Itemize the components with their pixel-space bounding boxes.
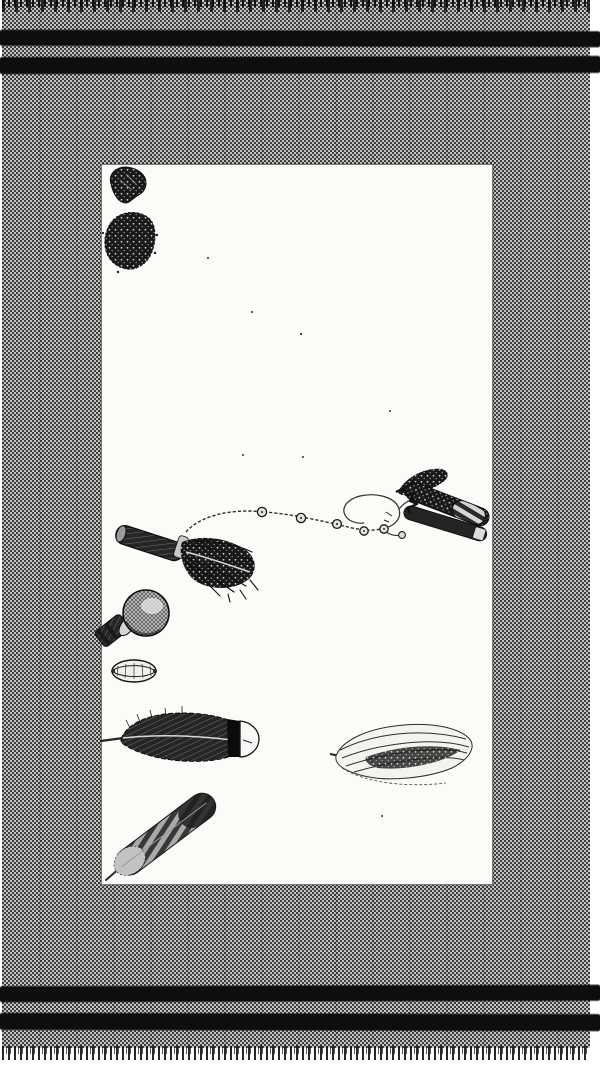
feather-bundle-object: bundle of feathers: [330, 724, 472, 784]
arrowhead-object: arrowhead: [110, 167, 146, 203]
fur-tuft-object: tuft of fur: [102, 212, 158, 273]
photo-plate: arrowhead tuft of fur pipe with hair tas…: [0, 0, 600, 1070]
barred-feather-object: barred feather: [106, 788, 221, 882]
bead-cord-object: cord with five beads: [186, 495, 417, 539]
blanket-fringe-bottom: [2, 1046, 590, 1064]
gourd-rattle-object: gourd rattle: [94, 590, 169, 648]
shell-object: shell: [111, 660, 157, 682]
artifact-drawing: arrowhead tuft of fur pipe with hair tas…: [0, 0, 600, 1070]
white-tipped-feather-object: dark feather with white tip: [101, 706, 259, 761]
pipe-tassel-object: pipe with hair tassel: [113, 523, 258, 602]
